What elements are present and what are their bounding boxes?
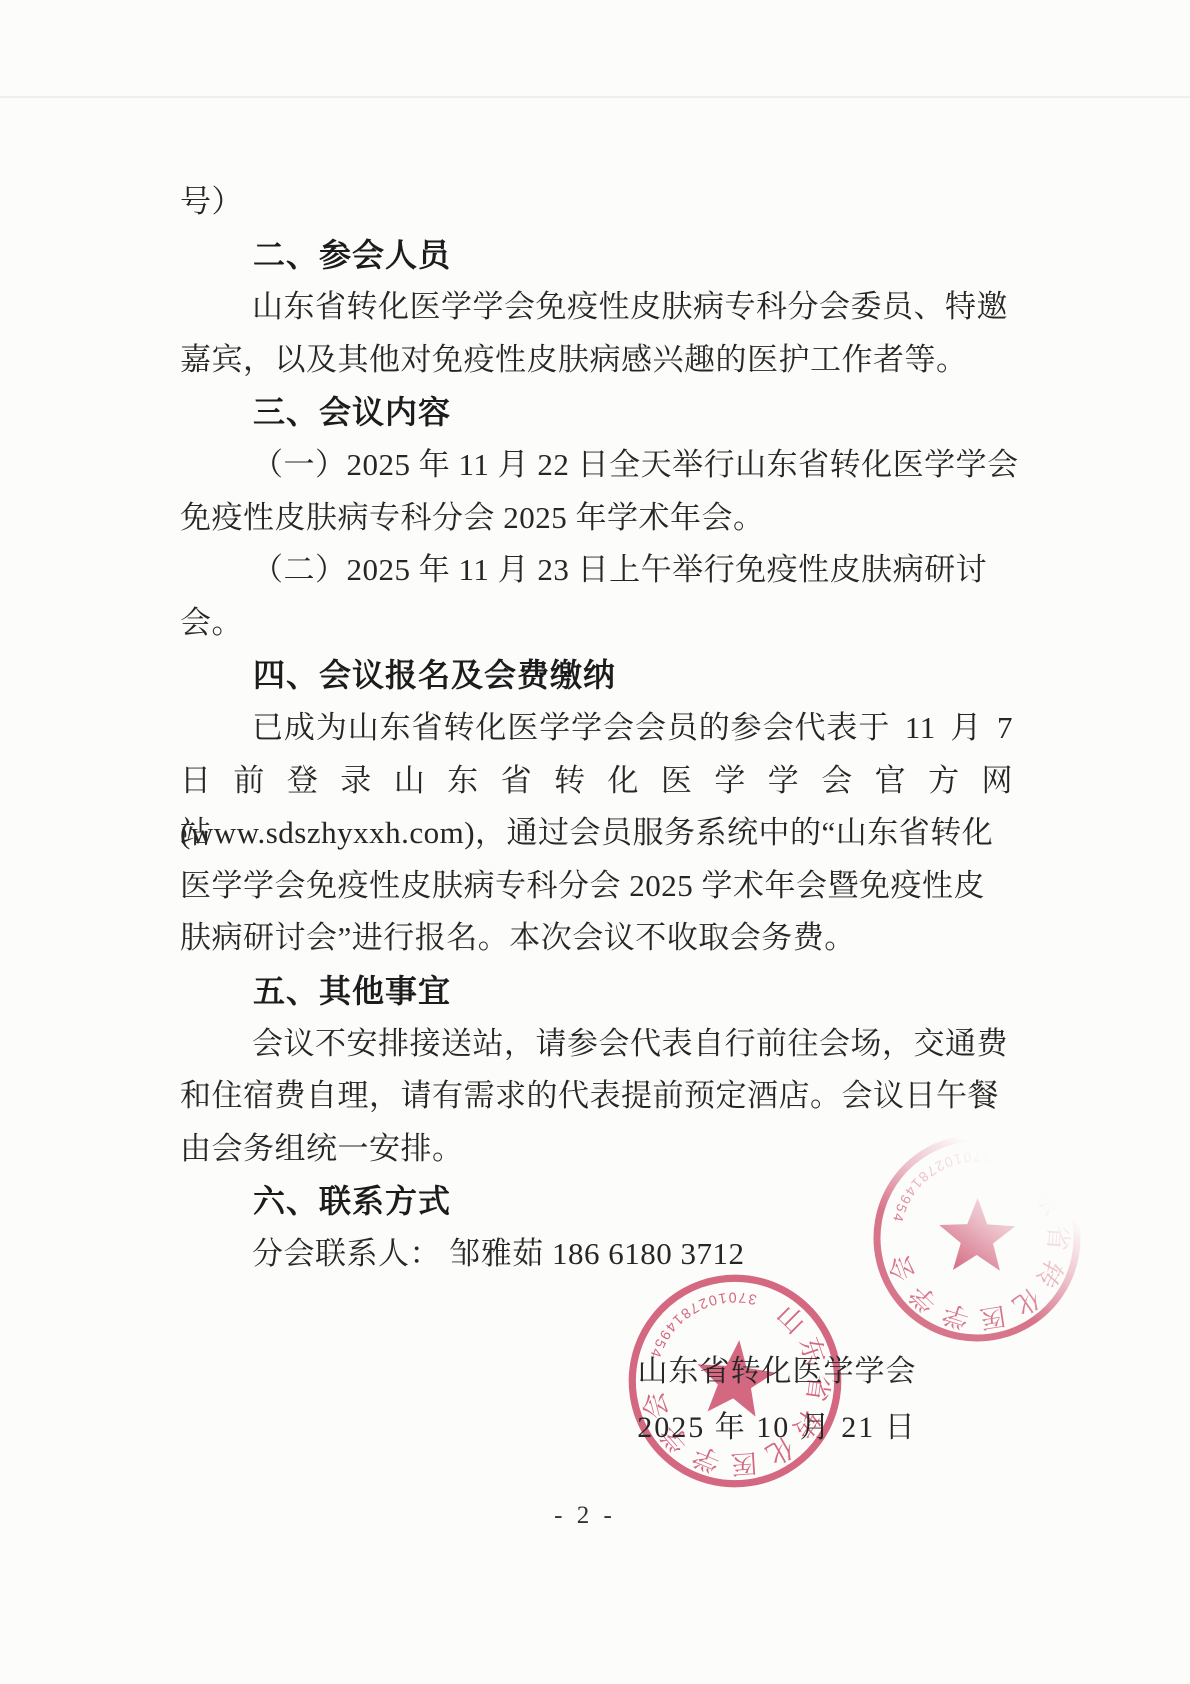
document-line: 二、参会人员 xyxy=(180,229,1013,282)
document-line: 山东省转化医学学会免疫性皮肤病专科分会委员、特邀 xyxy=(180,281,1013,334)
document-page: 号）二、参会人员山东省转化医学学会免疫性皮肤病专科分会委员、特邀嘉宾，以及其他对… xyxy=(0,0,1190,1684)
page-number: - 2 - xyxy=(540,1502,630,1530)
document-line: 三、会议内容 xyxy=(180,386,1013,439)
document-line: 嘉宾，以及其他对免疫性皮肤病感兴趣的医护工作者等。 xyxy=(180,334,1013,387)
document-line: 免疫性皮肤病专科分会 2025 年学术年会。 xyxy=(180,492,1013,545)
scan-artifact-line xyxy=(0,96,1190,98)
document-line: 六、联系方式 xyxy=(180,1175,1013,1228)
document-line: 号） xyxy=(180,176,1013,229)
document-line: 和住宿费自理，请有需求的代表提前预定酒店。会议日午餐 xyxy=(180,1070,1013,1123)
document-line: (www.sdszhyxxh.com)，通过会员服务系统中的“山东省转化 xyxy=(180,807,1013,860)
document-line: 已成为山东省转化医学学会会员的参会代表于 11 月 7 xyxy=(180,702,1013,755)
document-line: 会。 xyxy=(180,597,1013,650)
document-line: 肤病研讨会”进行报名。本次会议不收取会务费。 xyxy=(180,912,1013,965)
document-body: 号）二、参会人员山东省转化医学学会免疫性皮肤病专科分会委员、特邀嘉宾，以及其他对… xyxy=(180,176,1013,1280)
document-line: 日 前 登 录 山 东 省 转 化 医 学 学 会 官 方 网 站 xyxy=(180,755,1013,808)
document-line: 四、会议报名及会费缴纳 xyxy=(180,649,1013,702)
document-line: 医学学会免疫性皮肤病专科分会 2025 学术年会暨免疫性皮 xyxy=(180,860,1013,913)
document-line: 分会联系人： 邹雅茹 186 6180 3712 xyxy=(180,1228,1013,1281)
document-line: （一）2025 年 11 月 22 日全天举行山东省转化医学学会 xyxy=(180,439,1013,492)
document-line: （二）2025 年 11 月 23 日上午举行免疫性皮肤病研讨 xyxy=(180,544,1013,597)
document-line: 由会务组统一安排。 xyxy=(180,1123,1013,1176)
document-line: 五、其他事宜 xyxy=(180,965,1013,1018)
document-line: 会议不安排接送站，请参会代表自行前往会场，交通费 xyxy=(180,1018,1013,1071)
signature-organization: 山东省转化医学学会 xyxy=(637,1352,917,1392)
signature-block: 山东省转化医学学会 2025 年 10 月 21 日 xyxy=(637,1352,917,1448)
signature-date: 2025 年 10 月 21 日 xyxy=(637,1408,917,1448)
